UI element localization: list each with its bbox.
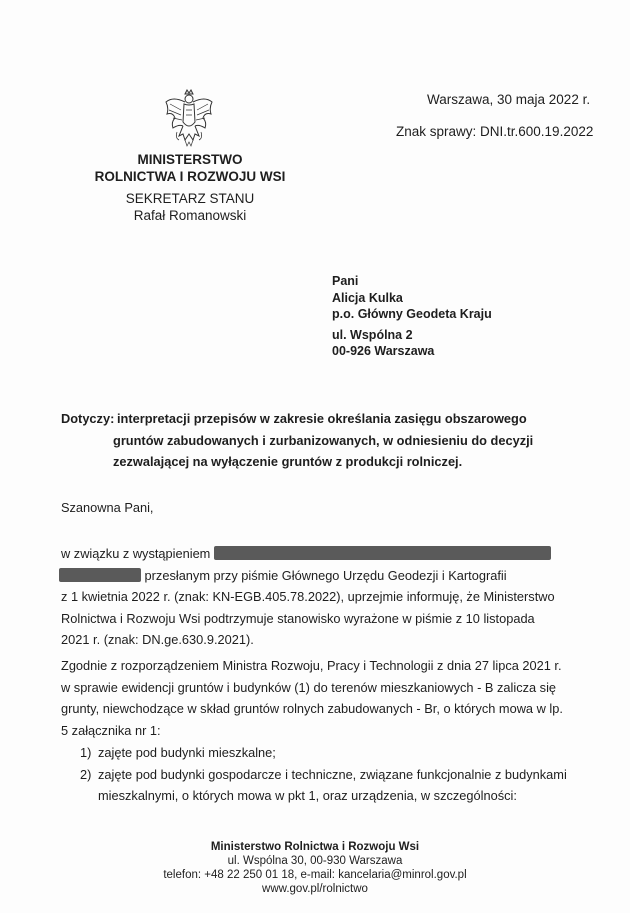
paragraph-1-after-redaction: przesłanym przy piśmie Głównego Urzędu G… — [141, 568, 507, 583]
paragraph-1-line-1: w związku z wystąpieniem — [61, 543, 601, 565]
subject-line-2: gruntów zabudowanych i zurbanizowanych, … — [61, 430, 581, 452]
redacted-block — [214, 546, 551, 560]
list-item: 1) zajęte pod budynki mieszkalne; — [80, 742, 600, 764]
letter-salutation: Szanowna Pani, — [61, 500, 153, 515]
ministry-name-line2: ROLNICTWA I ROZWOJU WSI — [90, 168, 290, 185]
recipient-street: ul. Wspólna 2 — [332, 327, 492, 344]
signatory-block: SEKRETARZ STANU Rafał Romanowski — [90, 190, 290, 224]
list-item: 2) zajęte pod budynki gospodarcze i tech… — [80, 764, 600, 807]
subject-label: Dotyczy: — [61, 408, 114, 430]
signatory-name: Rafał Romanowski — [90, 207, 290, 224]
paragraph-2: Zgodnie z rozporządzeniem Ministra Rozwo… — [61, 655, 601, 741]
paragraph-1-line-3: z 1 kwietnia 2022 r. (znak: KN-EGB.405.7… — [61, 586, 601, 608]
footer-ministry-name: Ministerstwo Rolnictwa i Rozwoju Wsi — [0, 840, 630, 854]
case-reference: Znak sprawy: DNI.tr.600.19.2022 — [396, 124, 593, 139]
footer-address: ul. Wspólna 30, 00-930 Warszawa — [0, 854, 630, 868]
list-item-text-continued: mieszkalnymi, o których mowa w pkt 1, or… — [98, 785, 600, 807]
redacted-block — [59, 568, 141, 582]
paragraph-1-start: w związku z wystąpieniem — [61, 546, 210, 561]
paragraph-1-line-4: Rolnictwa i Rozwoju Wsi podtrzymuje stan… — [61, 608, 601, 630]
subject-block: Dotyczy: interpretacji przepisów w zakre… — [61, 408, 581, 473]
subject-line-1: interpretacji przepisów w zakresie okreś… — [61, 408, 581, 430]
paragraph-1-line-2: przesłanym przy piśmie Głównego Urzędu G… — [61, 565, 601, 587]
paragraph-2-line-1: Zgodnie z rozporządzeniem Ministra Rozwo… — [61, 655, 601, 677]
letter-footer: Ministerstwo Rolnictwa i Rozwoju Wsi ul.… — [0, 840, 630, 896]
paragraph-2-line-4: 5 załącznika nr 1: — [61, 720, 601, 742]
place-date: Warszawa, 30 maja 2022 r. — [427, 92, 590, 107]
numbered-list: 1) zajęte pod budynki mieszkalne; 2) zaj… — [80, 742, 600, 807]
list-item-number: 1) — [80, 742, 91, 764]
polish-eagle-emblem-icon — [163, 88, 215, 150]
list-item-number: 2) — [80, 764, 91, 786]
recipient-block: Pani Alicja Kulka p.o. Główny Geodeta Kr… — [332, 273, 492, 360]
recipient-name: Alicja Kulka — [332, 290, 492, 307]
recipient-salutation: Pani — [332, 273, 492, 290]
paragraph-1: w związku z wystąpieniem przesłanym przy… — [61, 543, 601, 651]
footer-website: www.gov.pl/rolnictwo — [0, 882, 630, 896]
ministry-name-line1: MINISTERSTWO — [90, 151, 290, 168]
paragraph-1-line-5: 2021 r. (znak: DN.ge.630.9.2021). — [61, 629, 601, 651]
subject-line-3: zezwalającej na wyłączenie gruntów z pro… — [61, 451, 581, 473]
signatory-position: SEKRETARZ STANU — [90, 190, 290, 207]
recipient-city: 00-926 Warszawa — [332, 343, 492, 360]
recipient-title: p.o. Główny Geodeta Kraju — [332, 306, 492, 323]
list-item-text: zajęte pod budynki mieszkalne; — [98, 742, 600, 764]
list-item-text: zajęte pod budynki gospodarcze i technic… — [98, 764, 600, 786]
ministry-name: MINISTERSTWO ROLNICTWA I ROZWOJU WSI — [90, 151, 290, 185]
footer-contact: telefon: +48 22 250 01 18, e-mail: kance… — [0, 868, 630, 882]
paragraph-2-line-2: w sprawie ewidencji gruntów i budynków (… — [61, 677, 601, 699]
paragraph-2-line-3: grunty, niewchodzące w skład gruntów rol… — [61, 698, 601, 720]
